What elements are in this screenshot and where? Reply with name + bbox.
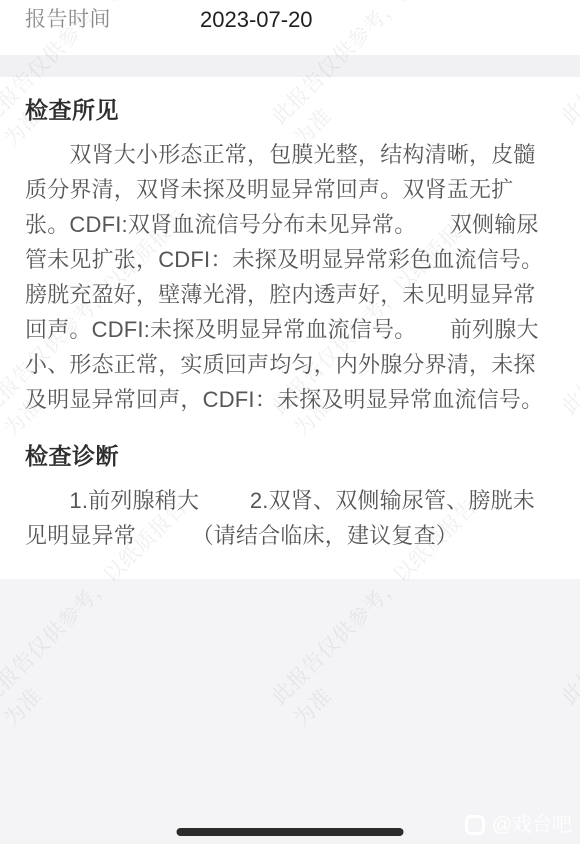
- brand-watermark: @戏台吧: [465, 813, 572, 837]
- report-detail-page: 报告时间 2023-07-20 检查所见 双肾大小形态正常，包膜光整，结构清晰，…: [0, 0, 580, 844]
- report-time-value: 2023-07-20: [200, 6, 313, 34]
- brand-watermark-text: @戏台吧: [492, 813, 572, 837]
- diagnosis-section-body: 1.前列腺稍大 2.双肾、双侧输尿管、膀胱未见明显异常 （请结合临床，建议复查）: [25, 483, 556, 553]
- footer-area: @戏台吧: [0, 579, 580, 844]
- section-divider: [0, 55, 580, 77]
- report-time-row: 报告时间 2023-07-20: [0, 0, 580, 55]
- findings-section-title: 检查所见: [25, 97, 556, 124]
- brand-icon: [465, 815, 485, 835]
- home-indicator-bar[interactable]: [177, 828, 404, 836]
- report-time-label: 报告时间: [25, 6, 200, 34]
- findings-section-body: 双肾大小形态正常，包膜光整，结构清晰，皮髓质分界清，双肾未探及明显异常回声。双肾…: [25, 137, 556, 417]
- report-content: 检查所见 双肾大小形态正常，包膜光整，结构清晰，皮髓质分界清，双肾未探及明显异常…: [0, 77, 580, 579]
- diagnosis-section-title: 检查诊断: [25, 443, 556, 470]
